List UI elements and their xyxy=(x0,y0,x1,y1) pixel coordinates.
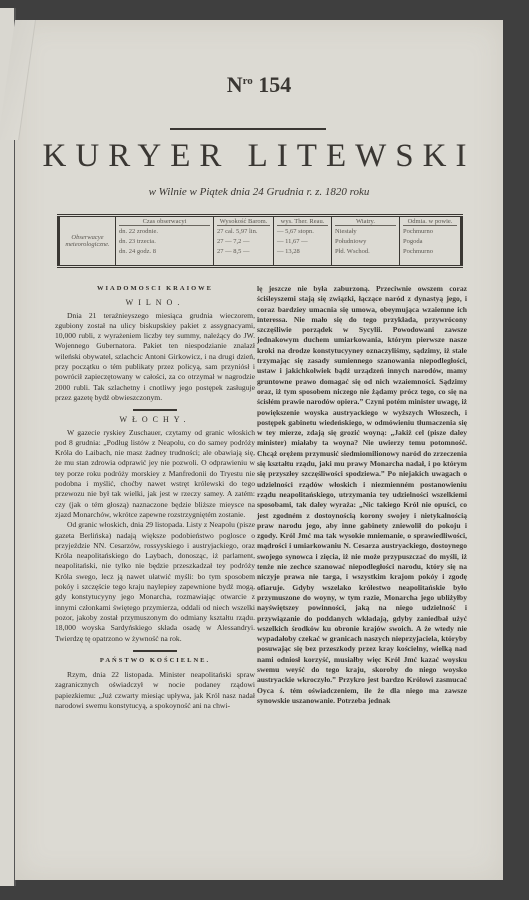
cell: 27 — 7,2 — xyxy=(217,237,270,247)
header-time: Czas obserwacyi xyxy=(119,218,210,226)
cell: dn. 22 zrodnie. xyxy=(119,227,210,237)
article-italy-1: W gazecie ryskiey Zuschauer, czytamy od … xyxy=(55,428,255,521)
section-heading-domestic: WIADOMOSCI KRAIOWE xyxy=(55,284,255,294)
separator xyxy=(133,650,177,652)
cell: — 5,67 stopn. xyxy=(277,227,328,237)
header-wind: Wiatry. xyxy=(335,218,396,226)
right-column: lę jeszcze nie była zaburzoną. Przeciwni… xyxy=(257,284,467,706)
col-wind: Wiatry. Niestały Południowy Płd. Wschod. xyxy=(331,217,399,265)
number-prefix: N xyxy=(227,72,243,97)
col-time: Czas obserwacyi dn. 22 zrodnie. dn. 23 t… xyxy=(115,217,213,265)
number-sup: ro xyxy=(243,75,253,87)
issue-number: Nro 154 xyxy=(15,72,503,98)
cell: dn. 24 godz. 8 xyxy=(119,247,210,257)
col-barometer: Wysokość Barom. 27 cal. 5,97 lin. 27 — 7… xyxy=(213,217,273,265)
title-rule xyxy=(170,128,326,130)
cell: Pochmurno xyxy=(403,227,457,237)
newspaper-title: KURYER LITEWSKI xyxy=(15,138,503,175)
cell: — 13,28 xyxy=(277,247,328,257)
cell: Pochmurno xyxy=(403,247,457,257)
left-column: WIADOMOSCI KRAIOWE WILNO. Dnia 21 teraźn… xyxy=(55,284,255,711)
cell: Pogoda xyxy=(403,237,457,247)
dateline: w Wilnie w Piątek dnia 24 Grudnia r. z. … xyxy=(15,186,503,198)
article-papal-states: Rzym, dnia 22 listopada. Minister neapol… xyxy=(55,670,255,711)
meteorology-table: Obserwacye meteorologiczne. Czas obserwa… xyxy=(57,214,463,268)
cell: Niestały xyxy=(335,227,396,237)
newspaper-page: Nro 154 KURYER LITEWSKI w Wilnie w Piąte… xyxy=(15,20,503,880)
cell: dn. 23 trzecia. xyxy=(119,237,210,247)
header-sky: Odmia. w powie. xyxy=(403,218,457,226)
section-heading-italy: WŁOCHY. xyxy=(55,415,255,425)
city-heading-wilno: WILNO. xyxy=(55,298,255,308)
separator xyxy=(133,409,177,411)
cell: Południowy xyxy=(335,237,396,247)
cell: Płd. Wschod. xyxy=(335,247,396,257)
article-continuation: lę jeszcze nie była zaburzoną. Przeciwni… xyxy=(257,284,467,706)
cell: 27 cal. 5,97 lin. xyxy=(217,227,270,237)
cell: 27 — 8,5 — xyxy=(217,247,270,257)
article-italy-2: Od granic włoskich, dnia 29 listopada. L… xyxy=(55,520,255,644)
cell: — 11,67 — xyxy=(277,237,328,247)
header-barometer: Wysokość Barom. xyxy=(217,218,270,226)
section-heading-papal-states: PAŃSTWO KOŚCIELNE. xyxy=(55,656,255,666)
col-thermometer: wys. Ther. Reau. — 5,67 stopn. — 11,67 —… xyxy=(273,217,331,265)
meteorology-label: Obserwacye meteorologiczne. xyxy=(57,217,115,265)
col-sky: Odmia. w powie. Pochmurno Pogoda Pochmur… xyxy=(399,217,463,265)
number-value: 154 xyxy=(258,72,291,97)
article-wilno: Dnia 21 teraźnieyszego miesiąca grudnia … xyxy=(55,311,255,404)
header-thermometer: wys. Ther. Reau. xyxy=(277,218,328,226)
